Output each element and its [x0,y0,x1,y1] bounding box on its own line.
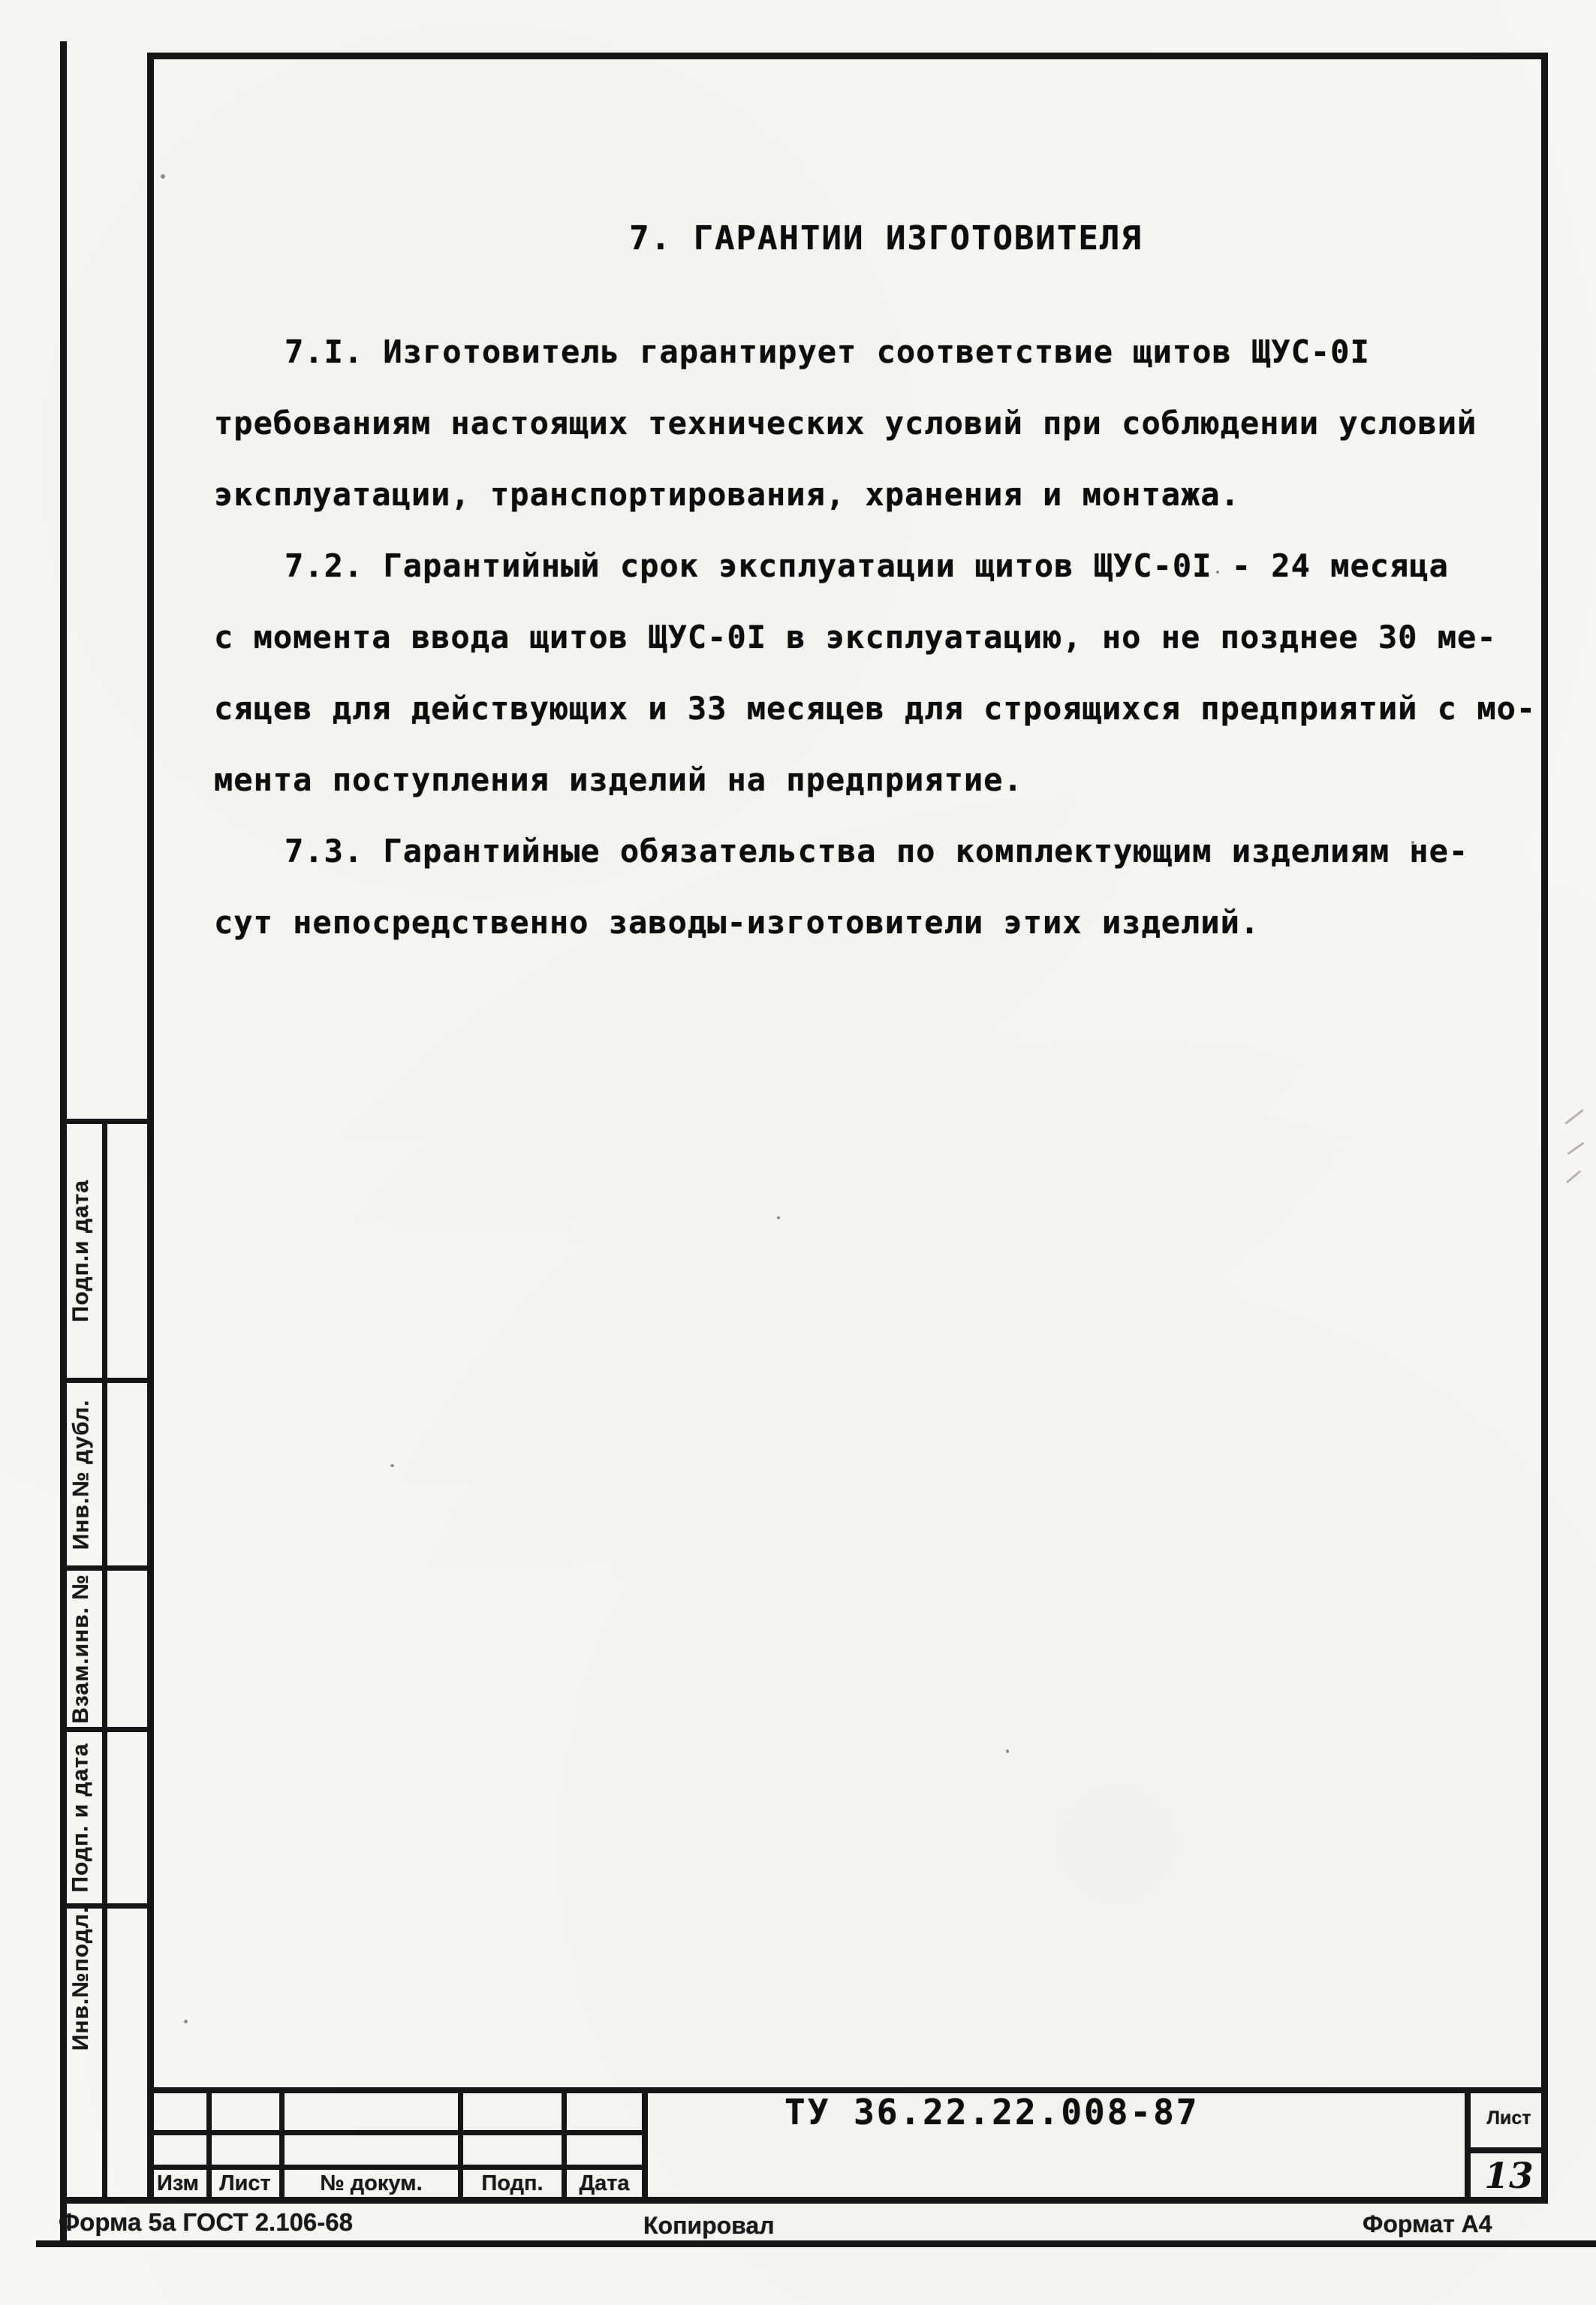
titleblock-col-line [458,2087,463,2202]
sidebar-row-line [60,1727,154,1732]
body-line: 7.3. Гарантийные обязательства по компле… [214,815,1558,887]
body-line: эксплуатации, транспортирования, хранени… [214,459,1558,530]
sheet-number: 13 [1470,2153,1548,2198]
body-line: сяцев для действующих и 33 месяцев для с… [214,673,1558,744]
body-line: мента поступления изделий на предприятие… [214,744,1558,815]
titleblock-row-line [147,2130,647,2135]
col-label: Дата [579,2171,629,2196]
col-label: Подп. [481,2171,543,2196]
document-designation: ТУ 36.22.22.008-87 [784,2093,1200,2131]
titleblock-col-dokum: № докум. [285,2168,458,2198]
footer-form-note: Форма 5а ГОСТ 2.106-68 [59,2208,353,2237]
body-line: сут непосредственно заводы-изготовители … [214,887,1558,958]
sidebar-label: Подп. и дата [68,1743,94,1892]
margin-pencil-mark [1566,1171,1581,1184]
scan-speckle [184,2020,188,2023]
titleblock-col-data: Дата [567,2168,642,2198]
sidebar-label: Инв.№подл. [68,1906,94,2050]
body-line: 7.2. Гарантийный срок эксплуатации щитов… [214,530,1558,601]
sidebar-label: Инв.№ дубл. [68,1399,94,1550]
sidebar-label: Подп.и дата [68,1180,94,1322]
footer-format-note: Формат А4 [1363,2210,1492,2238]
frame-left-border [147,53,154,2202]
scan-speckle [1006,1749,1009,1753]
bottom-scan-edge-line [36,2240,1596,2247]
margin-pencil-mark [1567,1142,1584,1155]
sidebar-field-inv-no-podl: Инв.№подл. [60,1909,102,2047]
sidebar-row-line [60,1119,154,1124]
scan-speckle [390,1464,394,1467]
section-title: 7. ГАРАНТИИ ИЗГОТОВИТЕЛЯ [214,216,1558,261]
titleblock-col-izm: Изм [147,2168,209,2198]
sidebar-field-podp-i-data-2: Подп. и дата [60,1732,102,1903]
sidebar-inner-divider [102,1119,107,2202]
document-body: 7.I. Изготовитель гарантирует соответств… [214,316,1558,958]
col-label: Лист [219,2171,271,2196]
scan-speckle [1411,841,1414,844]
sidebar-row-line [60,1378,154,1383]
frame-top-border [147,53,1548,59]
sidebar-row-line [60,1565,154,1571]
footer-copied-note: Копировал [643,2212,775,2240]
margin-pencil-mark [1564,1109,1583,1125]
sheet-label: Лист [1470,2087,1548,2149]
scanned-document-page: 7. ГАРАНТИИ ИЗГОТОВИТЕЛЯ 7.I. Изготовите… [0,0,1596,2305]
body-line: требованиям настоящих технических услови… [214,387,1558,459]
titleblock-col-line [562,2087,567,2202]
scan-speckle [777,1216,780,1219]
titleblock-col-list: Лист [209,2168,282,2198]
scan-speckle [1216,571,1219,574]
sidebar-label: Взам.инв. № [68,1574,94,1724]
sidebar-field-vzam-inv-no: Взам.инв. № [60,1571,102,1727]
col-label: № докум. [320,2171,422,2196]
sheet-label-text: Лист [1486,2108,1531,2129]
sidebar-field-podp-i-data-1: Подп.и дата [60,1124,102,1378]
sidebar-field-inv-no-dubl: Инв.№ дубл. [60,1383,102,1565]
col-label: Изм [157,2171,199,2196]
scan-speckle [161,174,165,179]
body-line: с момента ввода щитов ЩУС-0I в эксплуата… [214,601,1558,673]
titleblock-col-line [642,2087,648,2202]
titleblock-col-podp: Подп. [463,2168,562,2198]
body-line: 7.I. Изготовитель гарантирует соответств… [214,316,1558,387]
